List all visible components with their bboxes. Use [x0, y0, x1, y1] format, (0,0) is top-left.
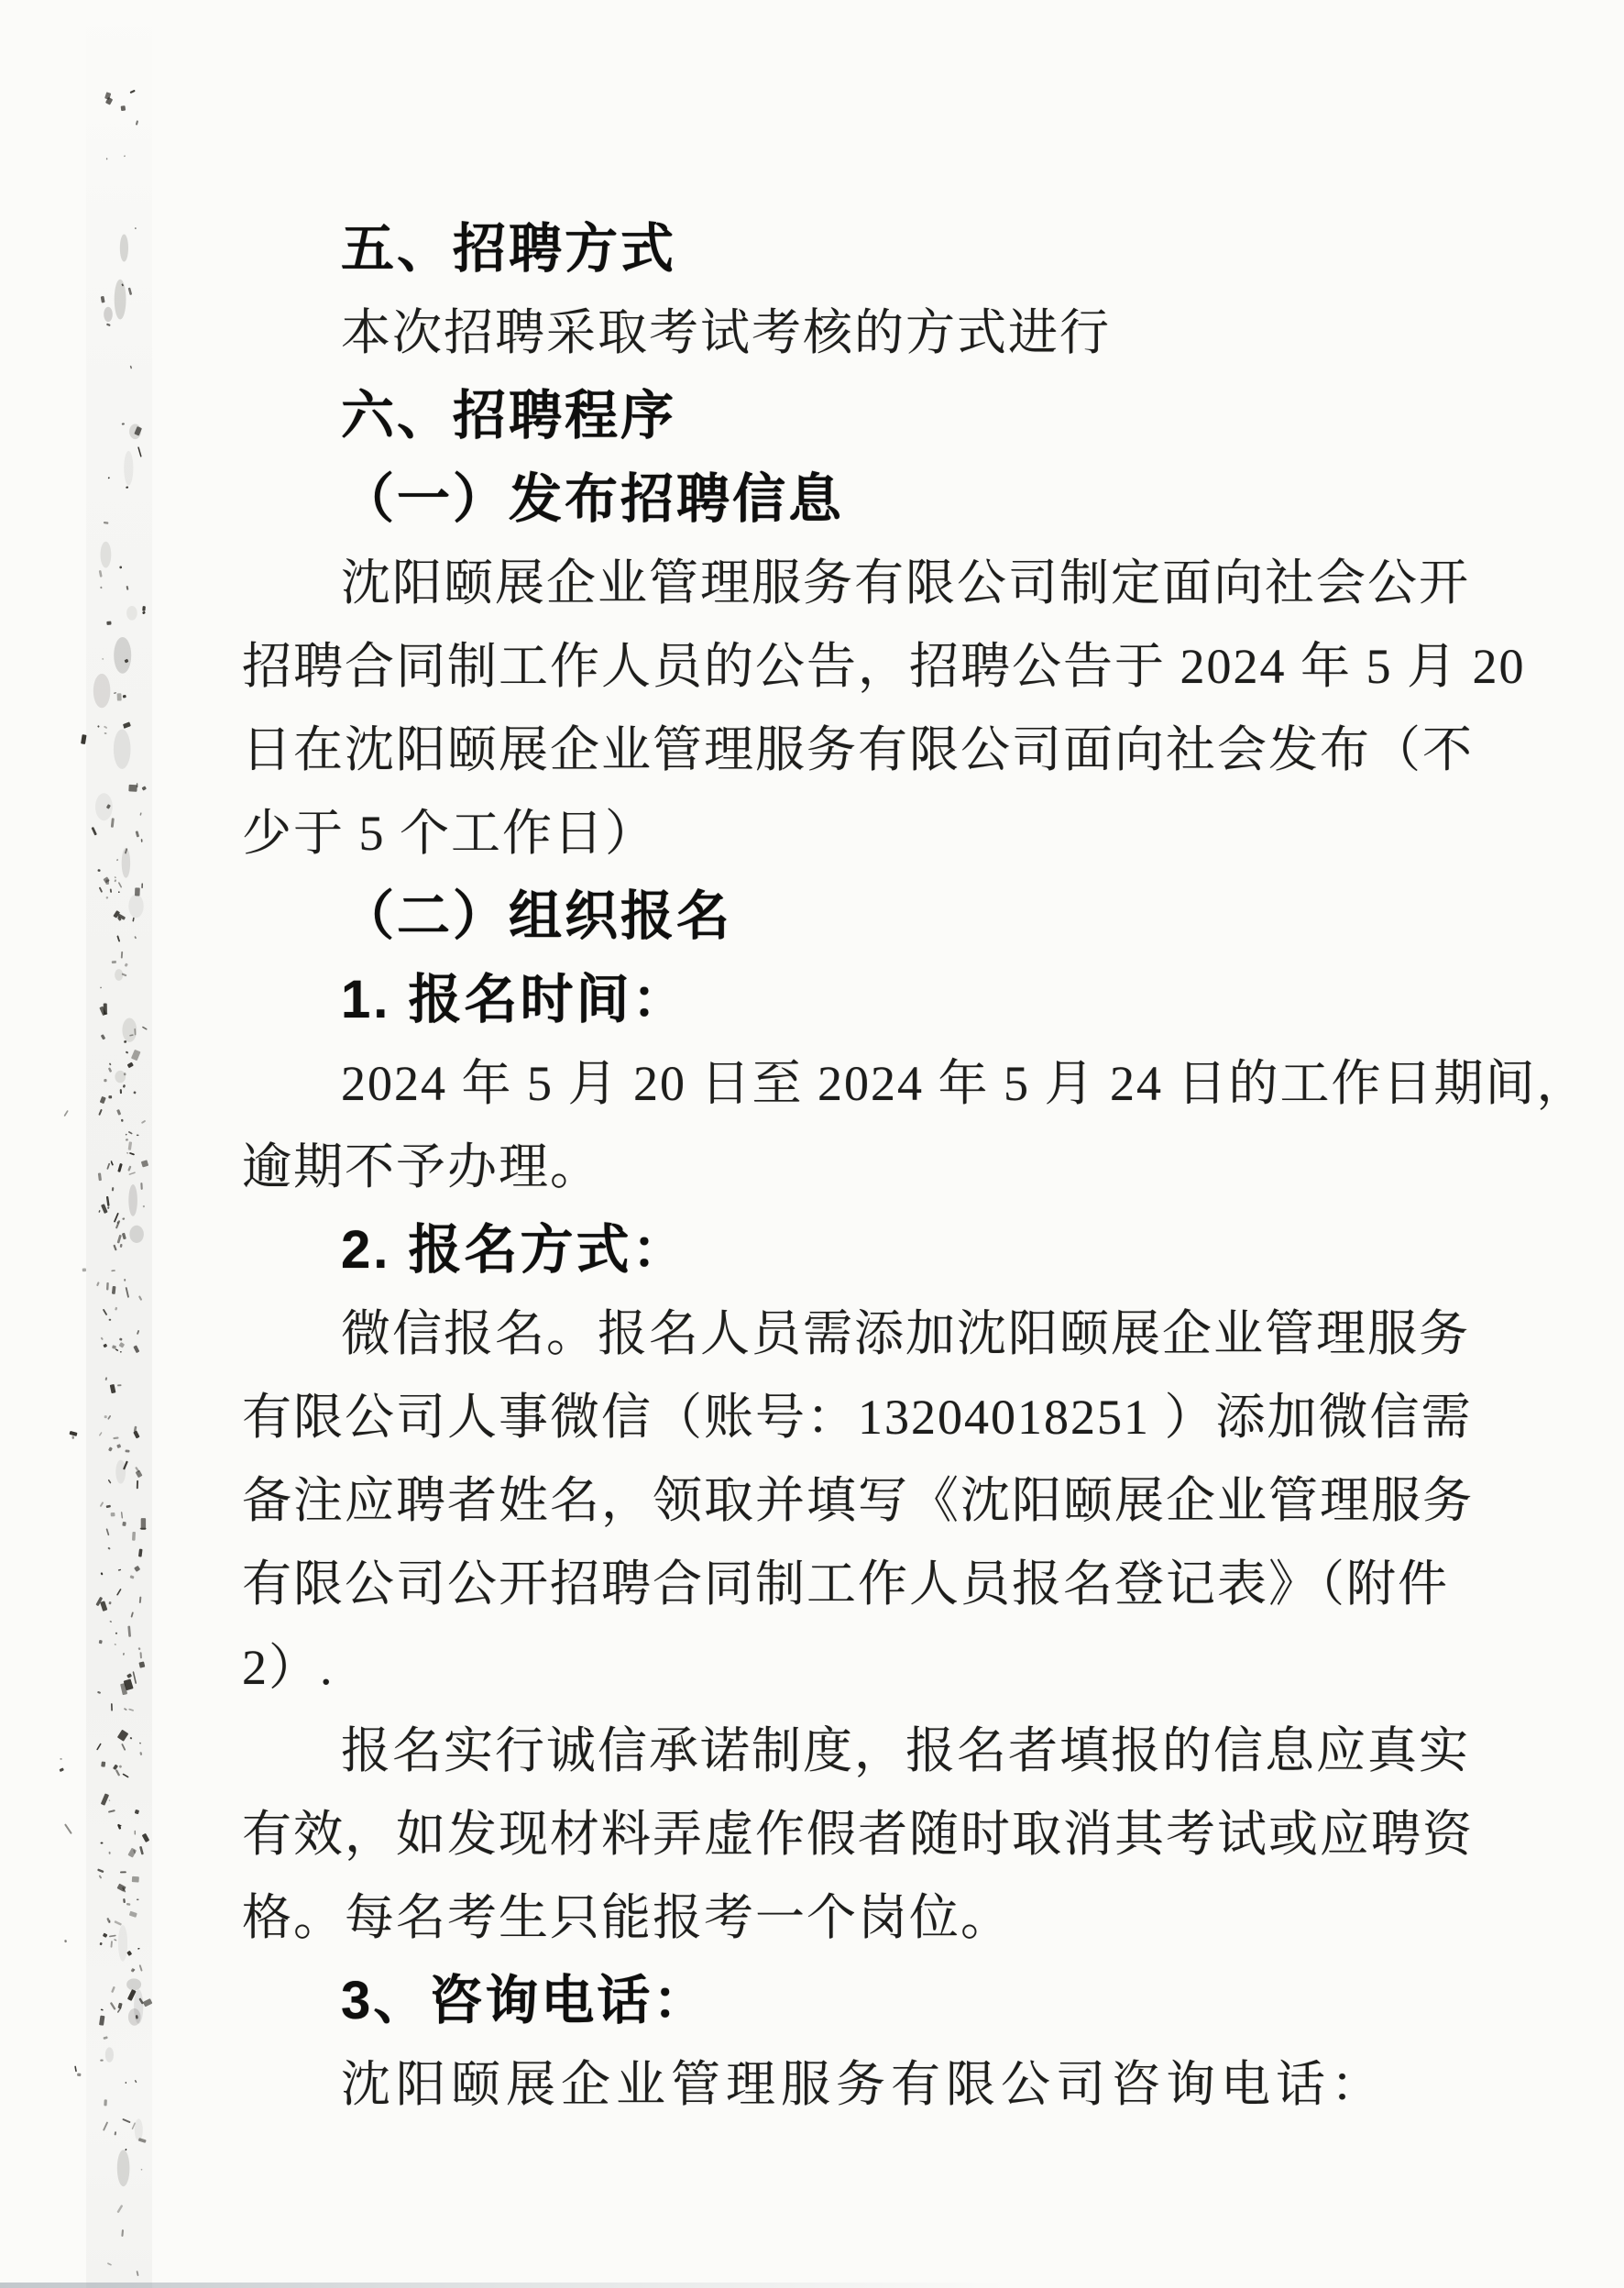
document-line: 沈阳颐展企业管理服务有限公司咨询电话：: [341, 2051, 1386, 2117]
document-line: 招聘合同制工作人员的公告，招聘公告于 2024 年 5 月 20: [242, 633, 1526, 699]
document-line: 3、咨询电话：: [341, 1968, 708, 2034]
scan-edge-shadow: [0, 2282, 1007, 2288]
document-line: 有限公司人事微信（账号：13204018251 ）添加微信需: [242, 1384, 1473, 1450]
document-line: 微信报名。报名人员需添加沈阳颐展企业管理服务: [341, 1301, 1470, 1367]
document-line: 有效，如发现材料弄虚作假者随时取消其考试或应聘资: [242, 1801, 1474, 1867]
document-line: 格。每名考生只能报考一个岗位。: [242, 1885, 1012, 1951]
document-line: 备注应聘者姓名，领取并填写《沈阳颐展企业管理服务: [242, 1468, 1474, 1534]
document-line: （一）发布招聘信息: [341, 467, 844, 533]
document-line: 2024 年 5 月 20 日至 2024 年 5 月 24 日的工作日期间，: [341, 1050, 1588, 1116]
document-line: 本次招聘采取考试考核的方式进行: [341, 300, 1111, 366]
document-line: 沈阳颐展企业管理服务有限公司制定面向社会公开: [341, 550, 1470, 616]
document-line: 有限公司公开招聘合同制工作人员报名登记表》（附件: [242, 1551, 1449, 1617]
document-line: 少于 5 个工作日）: [242, 800, 656, 866]
document-line: 1. 报名时间：: [341, 967, 688, 1033]
document-line: 六、招聘程序: [341, 383, 676, 449]
document-line: 2）.: [242, 1634, 335, 1700]
document-line: 报名实行诚信承诺制度，报名者填报的信息应真实: [341, 1718, 1470, 1784]
document-line: 逾期不予办理。: [242, 1134, 601, 1200]
document-line: 日在沈阳颐展企业管理服务有限公司面向社会发布（不: [242, 717, 1474, 783]
document-line: （二）组织报名: [341, 884, 732, 950]
scanned-page: 五、招聘方式本次招聘采取考试考核的方式进行六、招聘程序（一）发布招聘信息沈阳颐展…: [0, 0, 1624, 2288]
document-line: 五、招聘方式: [341, 216, 676, 282]
document-text: 五、招聘方式本次招聘采取考试考核的方式进行六、招聘程序（一）发布招聘信息沈阳颐展…: [0, 0, 1624, 2288]
document-line: 2. 报名方式：: [341, 1217, 688, 1283]
